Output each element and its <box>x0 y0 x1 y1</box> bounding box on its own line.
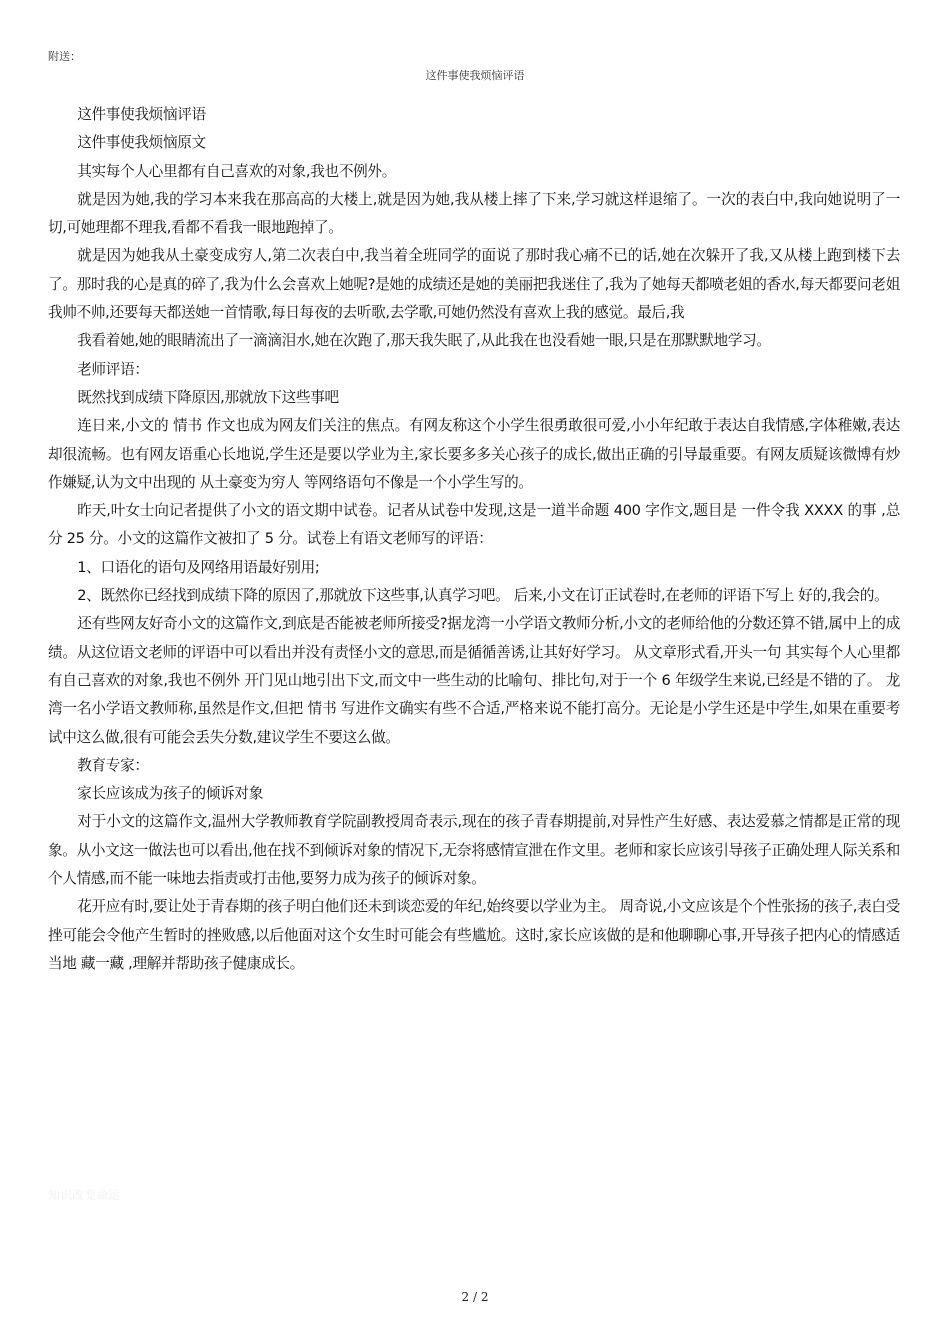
doc-heading-original: 这件事使我烦恼原文 <box>48 129 900 157</box>
paragraph: 就是因为她,我的学习本来我在那高高的大楼上,就是因为她,我从楼上摔了下来,学习就… <box>48 186 900 243</box>
page-header-title: 这件事使我烦恼评语 <box>0 67 950 83</box>
paragraph: 昨天,叶女士向记者提供了小文的语文期中试卷。记者从试卷中发现,这是一道半命题 4… <box>48 497 900 554</box>
paragraph: 对于小文的这篇作文,温州大学教师教育学院副教授周奇表示,现在的孩子青春期提前,对… <box>48 808 900 893</box>
paragraph: 还有些网友好奇小文的这篇作文,到底是否能被老师所接受?据龙湾一小学语文教师分析,… <box>48 610 900 751</box>
paragraph: 就是因为她我从土豪变成穷人,第二次表白中,我当着全班同学的面说了那时我心痛不已的… <box>48 242 900 327</box>
paragraph: 连日来,小文的 情书 作文也成为网友们关注的焦点。有网友称这个小学生很勇敢很可爱… <box>48 412 900 497</box>
paragraph: 其实每个人心里都有自己喜欢的对象,我也不例外。 <box>48 158 900 186</box>
attachment-label: 附送： <box>48 48 81 64</box>
section-subtitle: 家长应该成为孩子的倾诉对象 <box>48 780 900 808</box>
list-item: 2、既然你已经找到成绩下降的原因了,那就放下这些事,认真学习吧。 后来,小文在订… <box>48 582 900 610</box>
watermark: 知识改变命运 <box>48 1186 120 1203</box>
section-subtitle: 既然找到成绩下降原因,那就放下这些事吧 <box>48 384 900 412</box>
paragraph: 我看着她,她的眼睛流出了一滴滴泪水,她在次跑了,那天我失眠了,从此我在也没看她一… <box>48 327 900 355</box>
document-body: 这件事使我烦恼评语 这件事使我烦恼原文 其实每个人心里都有自己喜欢的对象,我也不… <box>48 101 900 978</box>
page-number: 2 / 2 <box>0 1290 950 1304</box>
doc-heading-review: 这件事使我烦恼评语 <box>48 101 900 129</box>
section-label-education-expert: 教育专家： <box>48 752 900 780</box>
paragraph: 花开应有时,要让处于青春期的孩子明白他们还未到谈恋爱的年纪,始终要以学业为主。 … <box>48 893 900 978</box>
section-label-teacher-comment: 老师评语： <box>48 356 900 384</box>
list-item: 1、口语化的语句及网络用语最好别用; <box>48 554 900 582</box>
